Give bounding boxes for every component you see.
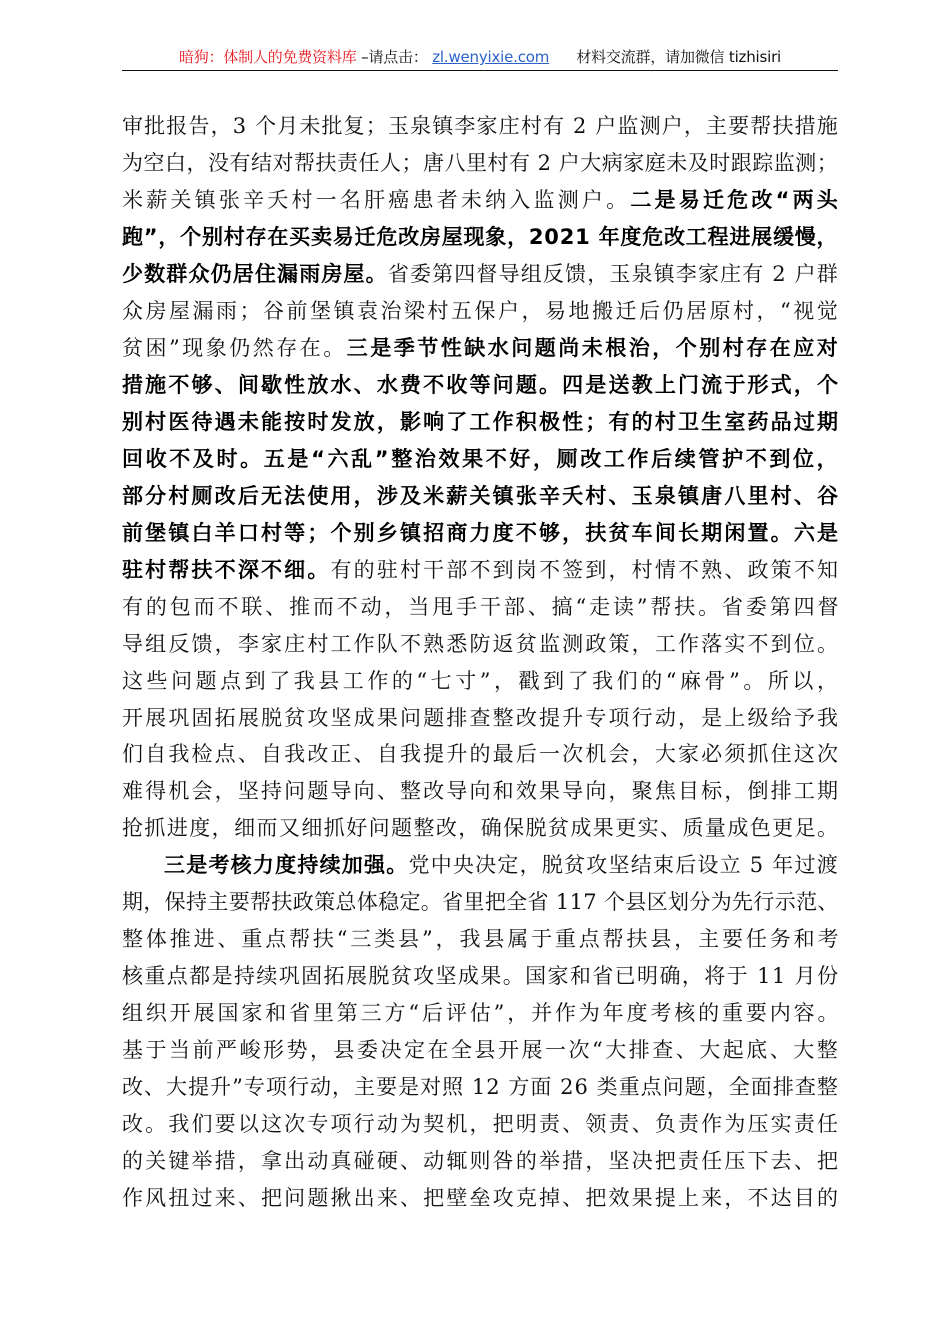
bold-text-run: 驻村帮扶不深不细。 xyxy=(122,558,331,582)
bold-text-run: 三是季节性缺水问题尚未根治，个别村存在应对 xyxy=(347,336,841,360)
text-line: 别村医待遇未能按时发放，影响了工作积极性；有的村卫生室药品过期 xyxy=(122,404,838,441)
text-line: 难得机会，坚持问题导向、整改导向和效果导向，聚焦目标，倒排工期 xyxy=(122,773,838,810)
text-line: 的关键举措，拿出动真碰硬、动辄则咎的举措，坚决把责任压下去、把 xyxy=(122,1143,838,1180)
text-line: 这些问题点到了我县工作的“七寸”，戳到了我们的“麻骨”。所以， xyxy=(122,663,838,700)
text-run: 们自我检点、自我改正、自我提升的最后一次机会，大家必须抓住这次 xyxy=(122,742,840,766)
text-run: 审批报告，3 个月未批复；玉泉镇李家庄村有 2 户监测户，主要帮扶措施 xyxy=(122,114,839,138)
text-line: 少数群众仍居住漏雨房屋。省委第四督导组反馈，玉泉镇李家庄有 2 户群 xyxy=(122,256,838,293)
bold-text-run: 回收不及时。五是“六乱”整治效果不好，厕改工作后续管护不到位， xyxy=(122,447,840,471)
text-run: 改、大提升”专项行动，主要是对照 12 方面 26 类重点问题，全面排查整 xyxy=(122,1075,839,1099)
bold-text-run: 少数群众仍居住漏雨房屋。 xyxy=(122,262,388,286)
header-website-link[interactable]: zl.wenyixie.com xyxy=(432,48,549,66)
text-run: 有的驻村干部不到岗不签到，村情不熟、政策不知 xyxy=(331,558,841,582)
text-line: 众房屋漏雨；谷前堡镇袁治梁村五保户，易地搬迁后仍居原村，“视觉 xyxy=(122,293,838,330)
text-line: 米薪关镇张辛夭村一名肝癌患者未纳入监测户。二是易迁危改“两头 xyxy=(122,182,838,219)
text-run: 整体推进、重点帮扶“三类县”，我县属于重点帮扶县，主要任务和考 xyxy=(122,927,841,951)
text-run: 开展巩固拓展脱贫攻坚成果问题排查整改提升专项行动，是上级给予我 xyxy=(122,706,840,730)
text-line: 三是考核力度持续加强。党中央决定，脱贫攻坚结束后设立 5 年过渡 xyxy=(122,847,838,884)
text-line: 们自我检点、自我改正、自我提升的最后一次机会，大家必须抓住这次 xyxy=(122,736,838,773)
text-run: 省委第四督导组反馈，玉泉镇李家庄有 2 户群 xyxy=(388,262,839,286)
bold-text-run: 部分村厕改后无法使用，涉及米薪关镇张辛夭村、玉泉镇唐八里村、谷 xyxy=(122,484,840,508)
text-line: 为空白，没有结对帮扶责任人；唐八里村有 2 户大病家庭未及时跟踪监测； xyxy=(122,145,838,182)
text-line: 跑”，个别村存在买卖易迁危改房屋现象，2021 年度危改工程进展缓慢， xyxy=(122,219,838,256)
document-paragraph: 审批报告，3 个月未批复；玉泉镇李家庄村有 2 户监测户，主要帮扶措施为空白，没… xyxy=(122,108,838,847)
text-run: 的关键举措，拿出动真碰硬、动辄则咎的举措，坚决把责任压下去、把 xyxy=(122,1149,840,1173)
text-run: 贫困”现象仍然存在。 xyxy=(122,336,347,360)
page-header: 暗狗：体制人的免费资料库 –请点击： zl.wenyixie.com 材料交流群… xyxy=(122,44,838,70)
text-run: 作风扭过来、把问题揪出来、把壁垒攻克掉、把效果提上来，不达目的 xyxy=(122,1186,840,1210)
text-run: 抢抓进度，细而又细抓好问题整改，确保脱贫成果更实、质量成色更足。 xyxy=(122,816,839,840)
text-line: 回收不及时。五是“六乱”整治效果不好，厕改工作后续管护不到位， xyxy=(122,441,838,478)
bold-text-run: 措施不够、间歇性放水、水费不收等问题。四是送教上门流于形式，个 xyxy=(122,373,840,397)
text-line: 组织开展国家和省里第三方“后评估”，并作为年度考核的重要内容。 xyxy=(122,995,838,1032)
text-line: 作风扭过来、把问题揪出来、把壁垒攻克掉、把效果提上来，不达目的 xyxy=(122,1180,838,1217)
text-run: 期，保持主要帮扶政策总体稳定。省里把全省 117 个县区划分为先行示范、 xyxy=(122,890,839,914)
text-run: 基于当前严峻形势，县委决定在全县开展一次“大排查、大起底、大整 xyxy=(122,1038,840,1062)
text-line: 开展巩固拓展脱贫攻坚成果问题排查整改提升专项行动，是上级给予我 xyxy=(122,700,838,737)
header-prompt-text: –请点击： xyxy=(361,48,428,66)
header-contact-text: 材料交流群，请加微信 tizhisiri xyxy=(576,48,781,66)
bold-text-run: 二是易迁危改“两头 xyxy=(630,188,841,212)
text-line: 核重点都是持续巩固拓展脱贫攻坚成果。国家和省已明确，将于 11 月份 xyxy=(122,958,838,995)
text-line: 抢抓进度，细而又细抓好问题整改，确保脱贫成果更实、质量成色更足。 xyxy=(122,810,838,847)
document-body: 审批报告，3 个月未批复；玉泉镇李家庄村有 2 户监测户，主要帮扶措施为空白，没… xyxy=(122,108,838,1217)
text-line: 改。我们要以这次专项行动为契机，把明责、领责、负责作为压实责任 xyxy=(122,1106,838,1143)
text-line: 贫困”现象仍然存在。三是季节性缺水问题尚未根治，个别村存在应对 xyxy=(122,330,838,367)
text-run: 党中央决定，脱贫攻坚结束后设立 5 年过渡 xyxy=(408,853,838,877)
text-run: 核重点都是持续巩固拓展脱贫攻坚成果。国家和省已明确，将于 11 月份 xyxy=(122,964,839,988)
text-line: 前堡镇白羊口村等；个别乡镇招商力度不够，扶贫车间长期闲置。六是 xyxy=(122,515,838,552)
document-paragraph: 三是考核力度持续加强。党中央决定，脱贫攻坚结束后设立 5 年过渡期，保持主要帮扶… xyxy=(122,847,838,1217)
text-run: 众房屋漏雨；谷前堡镇袁治梁村五保户，易地搬迁后仍居原村，“视觉 xyxy=(122,299,840,323)
text-line: 审批报告，3 个月未批复；玉泉镇李家庄村有 2 户监测户，主要帮扶措施 xyxy=(122,108,838,145)
bold-text-run: 前堡镇白羊口村等；个别乡镇招商力度不够，扶贫车间长期闲置。六是 xyxy=(122,521,840,545)
text-run: 这些问题点到了我县工作的“七寸”，戳到了我们的“麻骨”。所以， xyxy=(122,669,841,693)
text-run: 组织开展国家和省里第三方“后评估”，并作为年度考核的重要内容。 xyxy=(122,1001,841,1025)
text-line: 部分村厕改后无法使用，涉及米薪关镇张辛夭村、玉泉镇唐八里村、谷 xyxy=(122,478,838,515)
bold-text-run: 三是考核力度持续加强。 xyxy=(164,853,408,877)
header-brand-text: 暗狗：体制人的免费资料库 xyxy=(179,48,357,66)
text-line: 驻村帮扶不深不细。有的驻村干部不到岗不签到，村情不熟、政策不知 xyxy=(122,552,838,589)
text-line: 期，保持主要帮扶政策总体稳定。省里把全省 117 个县区划分为先行示范、 xyxy=(122,884,838,921)
text-line: 导组反馈，李家庄村工作队不熟悉防返贫监测政策，工作落实不到位。 xyxy=(122,626,838,663)
text-run: 米薪关镇张辛夭村一名肝癌患者未纳入监测户。 xyxy=(122,188,630,212)
text-line: 基于当前严峻形势，县委决定在全县开展一次“大排查、大起底、大整 xyxy=(122,1032,838,1069)
text-line: 措施不够、间歇性放水、水费不收等问题。四是送教上门流于形式，个 xyxy=(122,367,838,404)
text-run: 有的包而不联、推而不动，当甩手干部、搞“走读”帮扶。省委第四督 xyxy=(122,595,841,619)
bold-text-run: 跑”，个别村存在买卖易迁危改房屋现象，2021 年度危改工程进展缓慢， xyxy=(122,225,838,249)
text-run: 为空白，没有结对帮扶责任人；唐八里村有 2 户大病家庭未及时跟踪监测； xyxy=(122,151,838,175)
text-line: 有的包而不联、推而不动，当甩手干部、搞“走读”帮扶。省委第四督 xyxy=(122,589,838,626)
text-run: 导组反馈，李家庄村工作队不熟悉防返贫监测政策，工作落实不到位。 xyxy=(122,632,840,656)
text-run: 改。我们要以这次专项行动为契机，把明责、领责、负责作为压实责任 xyxy=(122,1112,840,1136)
header-divider xyxy=(122,70,838,71)
bold-text-run: 别村医待遇未能按时发放，影响了工作积极性；有的村卫生室药品过期 xyxy=(122,410,840,434)
text-line: 整体推进、重点帮扶“三类县”，我县属于重点帮扶县，主要任务和考 xyxy=(122,921,838,958)
text-line: 改、大提升”专项行动，主要是对照 12 方面 26 类重点问题，全面排查整 xyxy=(122,1069,838,1106)
text-run: 难得机会，坚持问题导向、整改导向和效果导向，聚焦目标，倒排工期 xyxy=(122,779,840,803)
